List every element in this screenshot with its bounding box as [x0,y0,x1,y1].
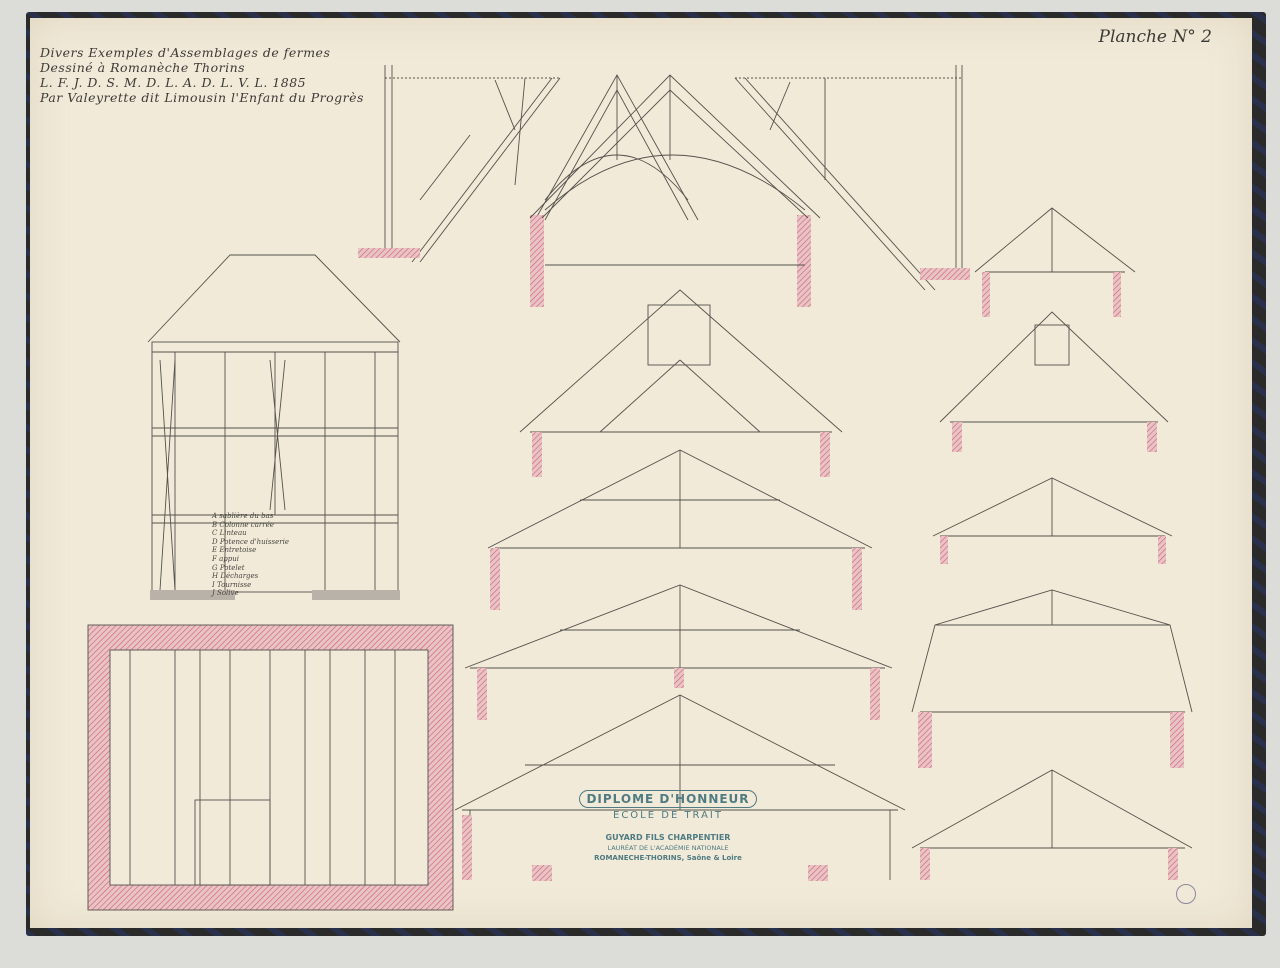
truss-small-2 [933,478,1172,536]
legend-item: G Potelet [212,564,289,573]
truss-small-3 [912,770,1192,848]
stamp-line-2: LAURÉAT DE L'ACADÉMIE NATIONALE [568,844,768,852]
lantern-truss-1 [520,290,842,432]
legend-item: E Entretoise [212,546,289,555]
legend-item: A sablière du bas [212,512,289,521]
stamp-line-3: ROMANECHE-THORINS, Saône & Loire [568,854,768,862]
legend-item: D Potence d'huisserie [212,538,289,547]
legend-item: F appui [212,555,289,564]
floor-plan [88,625,453,910]
diploma-stamp: DIPLOME D'HONNEUR ECOLE DE TRAIT GUYARD … [568,788,768,862]
facade-legend: A sablière du bas B Colonne carrée C Lin… [212,512,289,598]
drawing-title: Divers Exemples d'Assemblages de fermes … [40,45,364,105]
title-line-4: Par Valeyrette dit Limousin l'Enfant du … [40,90,364,105]
title-line-1: Divers Exemples d'Assemblages de fermes [40,45,364,60]
title-line-2: Dessiné à Romanèche Thorins [40,60,364,75]
stamp-school: ECOLE DE TRAIT [568,810,768,821]
lantern-truss-2 [940,312,1168,422]
truss-4 [465,585,892,668]
library-seal-icon [1176,884,1196,904]
legend-item: B Colonne carrée [212,521,289,530]
arched-truss [535,75,698,265]
small-truss-1 [975,208,1135,272]
plate-number: Planche N° 2 [1099,27,1213,47]
legend-item: H Décharges [212,572,289,581]
mansard-truss [912,590,1192,712]
arched-truss-main [530,75,820,265]
title-line-3: L. F. J. D. S. M. D. L. A. D. L. V. L. 1… [40,75,364,90]
legend-item: I Tournisse [212,581,289,590]
legend-item: C Linteau [212,529,289,538]
stamp-line-1: GUYARD FILS CHARPENTIER [568,833,768,842]
half-truss-right [735,65,962,290]
truss-3 [488,450,872,548]
stamp-ribbon: DIPLOME D'HONNEUR [579,790,756,808]
legend-item: J Solive [212,589,289,598]
